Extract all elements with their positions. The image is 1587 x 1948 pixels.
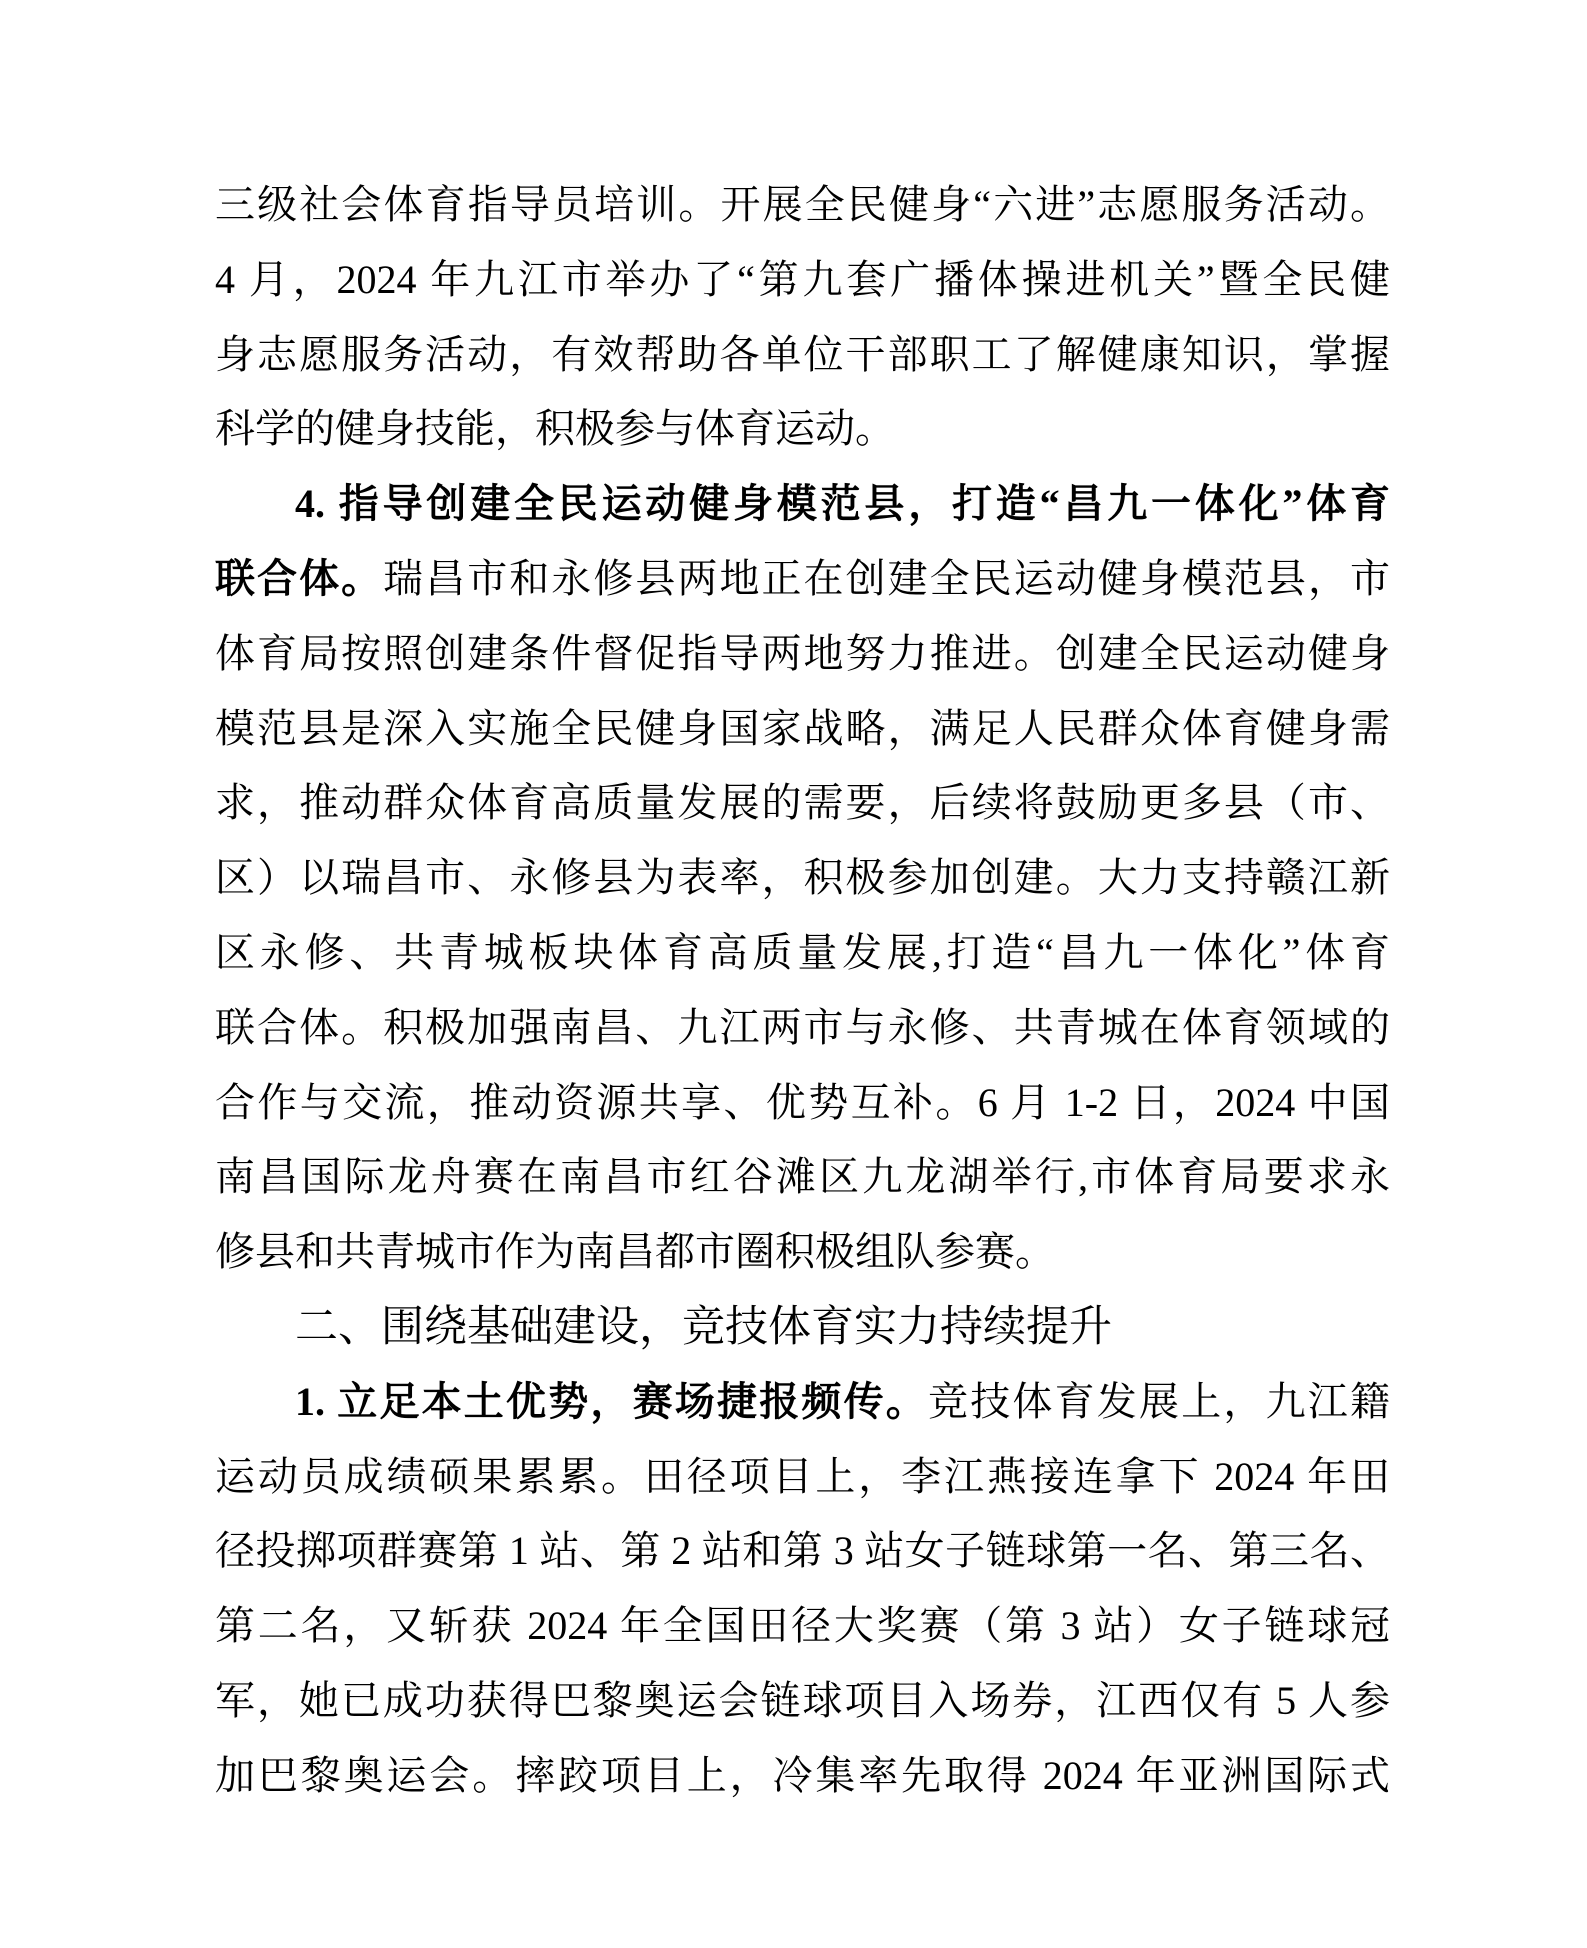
text-segment: 军，她已成功获得巴黎奥运会链球项目入场券，江西仅有 5 人参 (215, 1678, 1390, 1723)
text-line: 求，推动群众体育高质量发展的需要，后续将鼓励更多县（市、 (215, 766, 1390, 841)
text-line: 第二名，又斩获 2024 年全国田径大奖赛（第 3 站）女子链球冠 (215, 1589, 1390, 1664)
document-page: 三级社会体育指导员培训。开展全民健身“六进”志愿服务活动。 4 月，2024 年… (0, 0, 1587, 1948)
text-segment: 体育局按照创建条件督促指导两地努力推进。创建全民运动健身 (215, 631, 1390, 676)
text-line: 4. 指导创建全民运动健身模范县，打造“昌九一体化”体育 (215, 467, 1390, 542)
text-segment: 三级社会体育指导员培训。开展全民健身“六进”志愿服务活动。 (215, 182, 1390, 227)
text-line: 科学的健身技能，积极参与体育运动。 (215, 392, 1390, 467)
text-segment: 求，推动群众体育高质量发展的需要，后续将鼓励更多县（市、 (215, 780, 1390, 825)
text-segment: 科学的健身技能，积极参与体育运动。 (215, 406, 895, 451)
text-segment: 联合体。积极加强南昌、九江两市与永修、共青城在体育领域的 (215, 1005, 1390, 1050)
text-line: 军，她已成功获得巴黎奥运会链球项目入场券，江西仅有 5 人参 (215, 1664, 1390, 1739)
text-segment: 身志愿服务活动，有效帮助各单位干部职工了解健康知识，掌握 (215, 332, 1390, 377)
document-text-block: 三级社会体育指导员培训。开展全民健身“六进”志愿服务活动。 4 月，2024 年… (215, 168, 1390, 1814)
text-line: 联合体。积极加强南昌、九江两市与永修、共青城在体育领域的 (215, 991, 1390, 1066)
text-line: 修县和共青城市作为南昌都市圈积极组队参赛。 (215, 1215, 1390, 1290)
text-line: 1. 立足本土优势，赛场捷报频传。竞技体育发展上，九江籍 (215, 1365, 1390, 1440)
text-line: 径投掷项群赛第 1 站、第 2 站和第 3 站女子链球第一名、第三名、 (215, 1514, 1390, 1589)
paragraph-lead-bold: 1. 立足本土优势，赛场捷报频传。 (295, 1379, 928, 1424)
text-line: 运动员成绩硕果累累。田径项目上，李江燕接连拿下 2024 年田 (215, 1440, 1390, 1515)
text-line: 合作与交流，推动资源共享、优势互补。6 月 1-2 日，2024 中国 (215, 1066, 1390, 1141)
text-line: 模范县是深入实施全民健身国家战略，满足人民群众体育健身需 (215, 692, 1390, 767)
text-segment: 加巴黎奥运会。摔跤项目上，冷集率先取得 2024 年亚洲国际式 (215, 1753, 1390, 1798)
text-line: 区永修、共青城板块体育高质量发展,打造“昌九一体化”体育 (215, 916, 1390, 991)
text-line: 三级社会体育指导员培训。开展全民健身“六进”志愿服务活动。 (215, 168, 1390, 243)
section-heading: 二、围绕基础建设，竞技体育实力持续提升 (215, 1290, 1390, 1365)
text-segment: 模范县是深入实施全民健身国家战略，满足人民群众体育健身需 (215, 706, 1390, 751)
section-heading-text: 二、围绕基础建设，竞技体育实力持续提升 (295, 1302, 1112, 1352)
text-segment: 竞技体育发展上，九江籍 (928, 1379, 1390, 1424)
text-line: 南昌国际龙舟赛在南昌市红谷滩区九龙湖举行,市体育局要求永 (215, 1140, 1390, 1215)
text-line: 身志愿服务活动，有效帮助各单位干部职工了解健康知识，掌握 (215, 318, 1390, 393)
text-segment: 合作与交流，推动资源共享、优势互补。6 月 1-2 日，2024 中国 (215, 1080, 1390, 1125)
text-segment: 4 月，2024 年九江市举办了“第九套广播体操进机关”暨全民健 (215, 257, 1390, 302)
text-segment: 径投掷项群赛第 1 站、第 2 站和第 3 站女子链球第一名、第三名、 (215, 1528, 1390, 1573)
text-line: 加巴黎奥运会。摔跤项目上，冷集率先取得 2024 年亚洲国际式 (215, 1739, 1390, 1814)
paragraph-lead-bold: 联合体。 (215, 556, 383, 601)
text-segment: 瑞昌市和永修县两地正在创建全民运动健身模范县，市 (383, 556, 1390, 601)
text-line: 4 月，2024 年九江市举办了“第九套广播体操进机关”暨全民健 (215, 243, 1390, 318)
text-segment: 南昌国际龙舟赛在南昌市红谷滩区九龙湖举行,市体育局要求永 (215, 1154, 1390, 1199)
text-segment: 区）以瑞昌市、永修县为表率，积极参加创建。大力支持赣江新 (215, 855, 1390, 900)
text-line: 联合体。瑞昌市和永修县两地正在创建全民运动健身模范县，市 (215, 542, 1390, 617)
text-line: 体育局按照创建条件督促指导两地努力推进。创建全民运动健身 (215, 617, 1390, 692)
paragraph-lead-bold: 4. 指导创建全民运动健身模范县，打造“昌九一体化”体育 (295, 481, 1390, 526)
text-line: 区）以瑞昌市、永修县为表率，积极参加创建。大力支持赣江新 (215, 841, 1390, 916)
text-segment: 区永修、共青城板块体育高质量发展,打造“昌九一体化”体育 (215, 930, 1390, 975)
text-segment: 修县和共青城市作为南昌都市圈积极组队参赛。 (215, 1229, 1055, 1274)
text-segment: 运动员成绩硕果累累。田径项目上，李江燕接连拿下 2024 年田 (215, 1454, 1390, 1499)
text-segment: 第二名，又斩获 2024 年全国田径大奖赛（第 3 站）女子链球冠 (215, 1603, 1390, 1648)
